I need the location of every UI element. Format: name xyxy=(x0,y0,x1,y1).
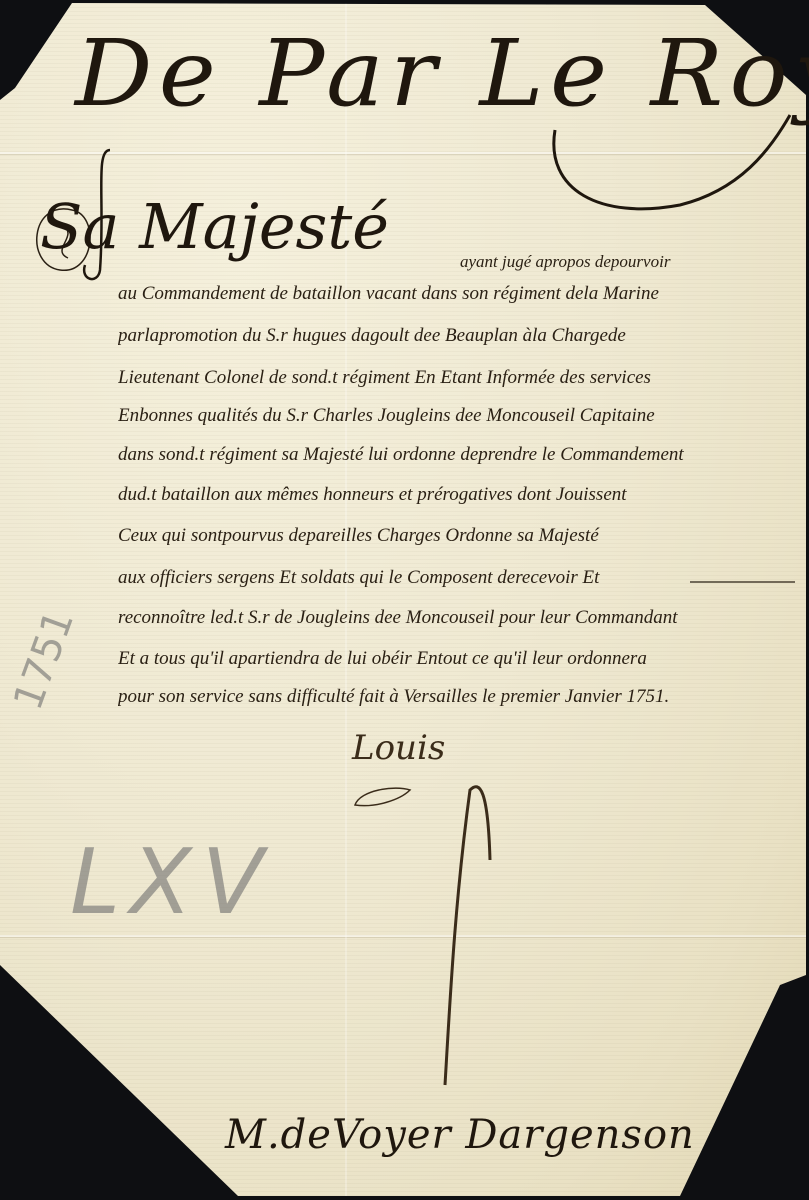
fold-crease xyxy=(345,0,347,1200)
pencil-archive-mark: LXV xyxy=(70,830,273,935)
minister-countersignature: M.deVoyer Dargenson xyxy=(225,1112,695,1158)
body-line: parlapromotion du S.r hugues dagoult dee… xyxy=(118,325,808,347)
parchment-sheet xyxy=(0,0,809,1200)
opening-words: Sa Majesté xyxy=(40,190,389,263)
royal-signature: Louis xyxy=(352,728,445,768)
body-line: Lieutenant Colonel de sond.t régiment En… xyxy=(118,367,808,389)
body-line: dud.t bataillon aux mêmes honneurs et pr… xyxy=(118,484,808,506)
document-heading: De Par Le Roy xyxy=(75,20,809,127)
body-line: Et a tous qu'il apartiendra de lui obéir… xyxy=(118,648,808,670)
body-line: dans sond.t régiment sa Majesté lui ordo… xyxy=(118,444,808,466)
body-line: au Commandement de bataillon vacant dans… xyxy=(118,283,808,305)
body-line: Enbonnes qualités du S.r Charles Jouglei… xyxy=(118,405,808,427)
body-line: ayant jugé apropos depourvoir xyxy=(460,252,800,272)
body-line: pour son service sans difficulté fait à … xyxy=(118,686,808,708)
body-line: aux officiers sergens Et soldats qui le … xyxy=(118,567,808,589)
body-line: reconnoître led.t S.r de Jougleins dee M… xyxy=(118,607,808,629)
fold-crease xyxy=(0,152,809,154)
body-line: Ceux qui sontpourvus depareilles Charges… xyxy=(118,525,808,547)
fold-crease xyxy=(0,935,809,937)
